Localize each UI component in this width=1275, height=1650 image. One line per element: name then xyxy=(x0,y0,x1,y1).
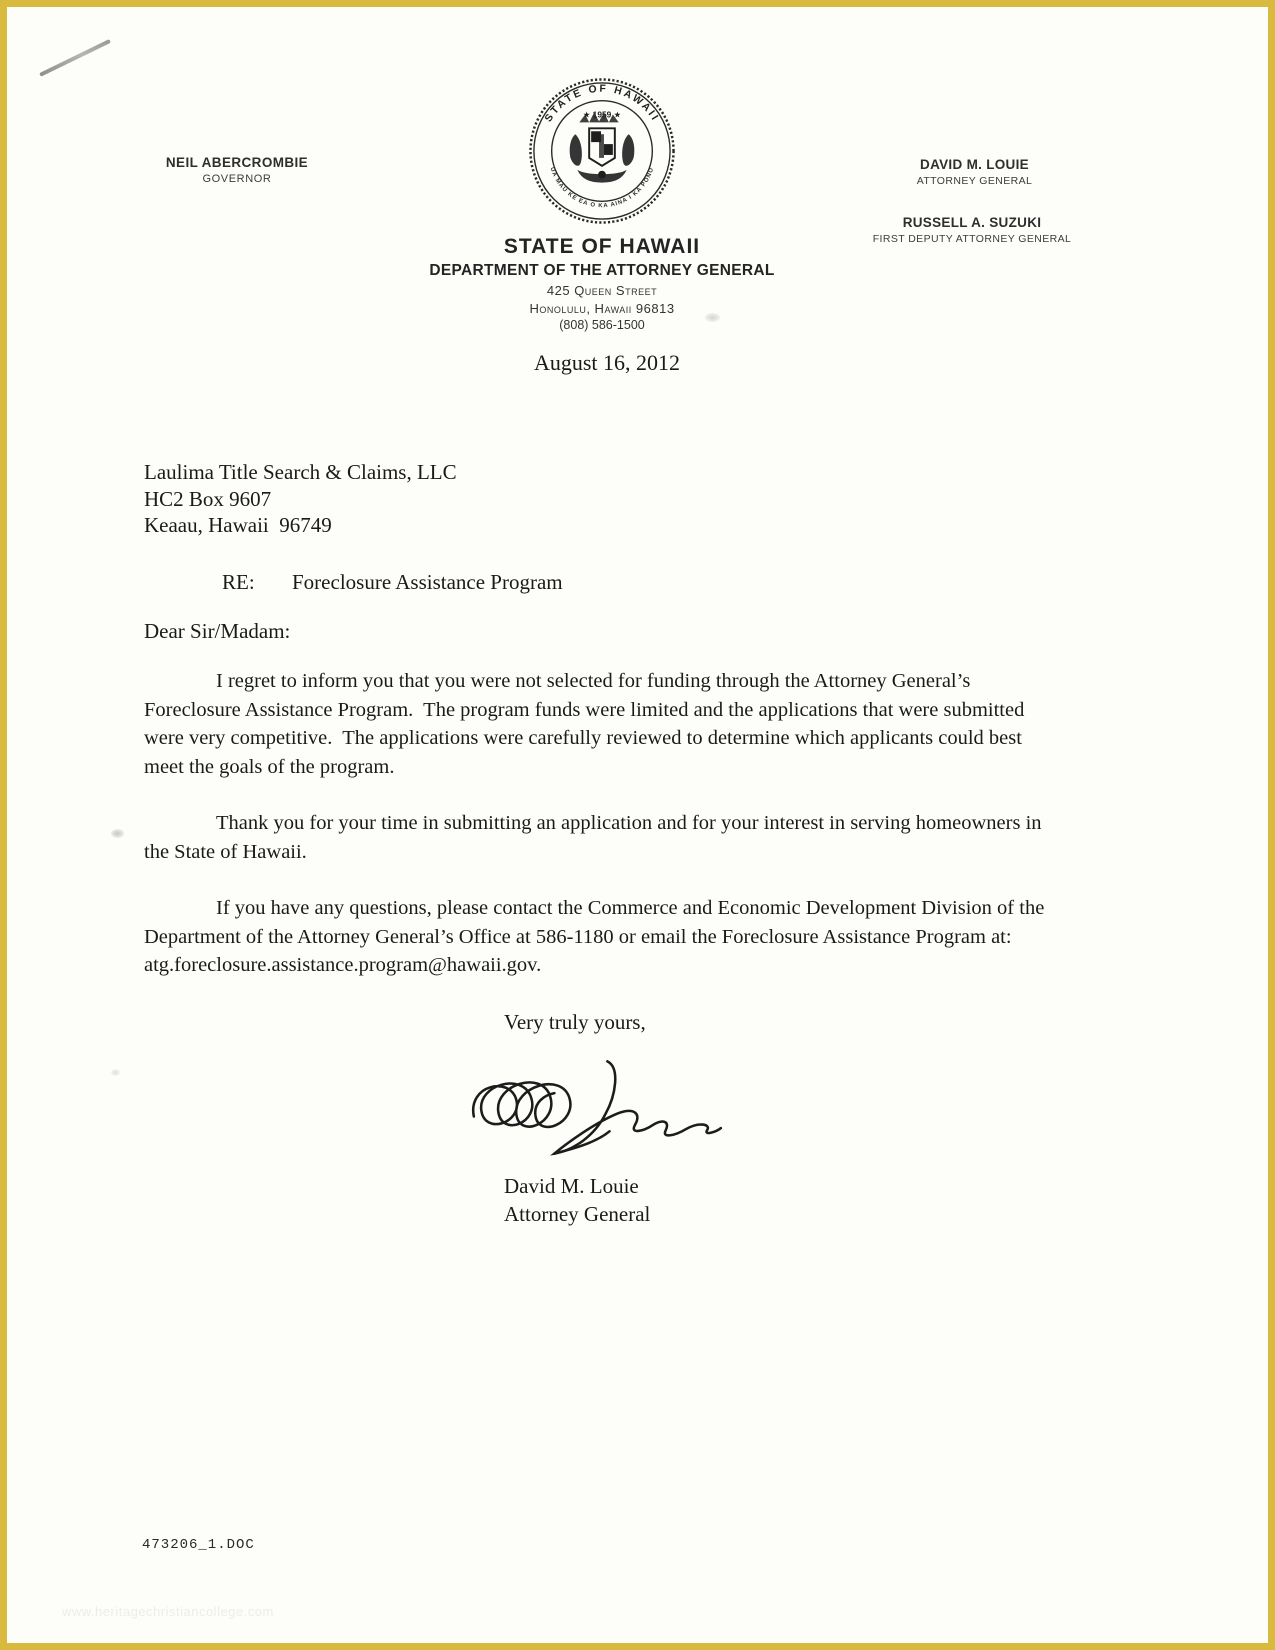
letter-body: I regret to inform you that you were not… xyxy=(144,667,1047,1008)
recipient-address: Laulima Title Search & Claims, LLC HC2 B… xyxy=(144,459,457,539)
closing-phrase: Very truly yours, xyxy=(504,1010,646,1035)
attorney-general-title: ATTORNEY GENERAL xyxy=(872,175,1077,187)
agency-state: STATE OF HAWAII xyxy=(402,235,802,259)
hawaii-state-seal-icon: STATE OF HAWAII ★ 1959 ★ UA MAU KE EA O … xyxy=(527,77,677,225)
scan-scratch-mark xyxy=(39,39,111,77)
signer-name: David M. Louie xyxy=(504,1172,650,1200)
agency-department: DEPARTMENT OF THE ATTORNEY GENERAL xyxy=(402,262,802,280)
first-deputy-name: RUSSELL A. SUZUKI xyxy=(837,215,1107,230)
scan-smudge xyxy=(111,1069,120,1076)
agency-phone: (808) 586-1500 xyxy=(402,318,802,332)
letter-date: August 16, 2012 xyxy=(402,350,812,376)
governor-title: GOVERNOR xyxy=(142,173,332,185)
agency-address-line2: Honolulu, Hawaii 96813 xyxy=(402,301,802,316)
agency-block: STATE OF HAWAII DEPARTMENT OF THE ATTORN… xyxy=(402,235,802,332)
scanned-letter-page: NEIL ABERCROMBIE GOVERNOR STATE OF HAWAI… xyxy=(0,0,1275,1650)
attorney-general-name: DAVID M. LOUIE xyxy=(872,157,1077,172)
watermark-text: www.heritagechristiancollege.com xyxy=(62,1604,274,1619)
re-subject: Foreclosure Assistance Program xyxy=(292,570,563,595)
document-id: 473206_1.DOC xyxy=(142,1537,255,1553)
scan-smudge xyxy=(111,829,124,838)
first-deputy-block: RUSSELL A. SUZUKI FIRST DEPUTY ATTORNEY … xyxy=(837,215,1107,245)
seal-crest xyxy=(570,113,635,183)
attorney-general-block: DAVID M. LOUIE ATTORNEY GENERAL xyxy=(872,157,1077,187)
salutation: Dear Sir/Madam: xyxy=(144,619,290,644)
signer-title: Attorney General xyxy=(504,1200,650,1228)
signature-scribble xyxy=(459,1053,724,1163)
governor-block: NEIL ABERCROMBIE GOVERNOR xyxy=(142,155,332,185)
re-label: RE: xyxy=(222,570,255,595)
paragraph-1: I regret to inform you that you were not… xyxy=(144,667,1047,781)
governor-name: NEIL ABERCROMBIE xyxy=(142,155,332,170)
agency-address-line1: 425 Queen Street xyxy=(402,283,802,298)
paragraph-3: If you have any questions, please contac… xyxy=(144,894,1047,980)
paragraph-2: Thank you for your time in submitting an… xyxy=(144,809,1047,866)
signer-block: David M. Louie Attorney General xyxy=(504,1172,650,1228)
first-deputy-title: FIRST DEPUTY ATTORNEY GENERAL xyxy=(837,233,1107,245)
